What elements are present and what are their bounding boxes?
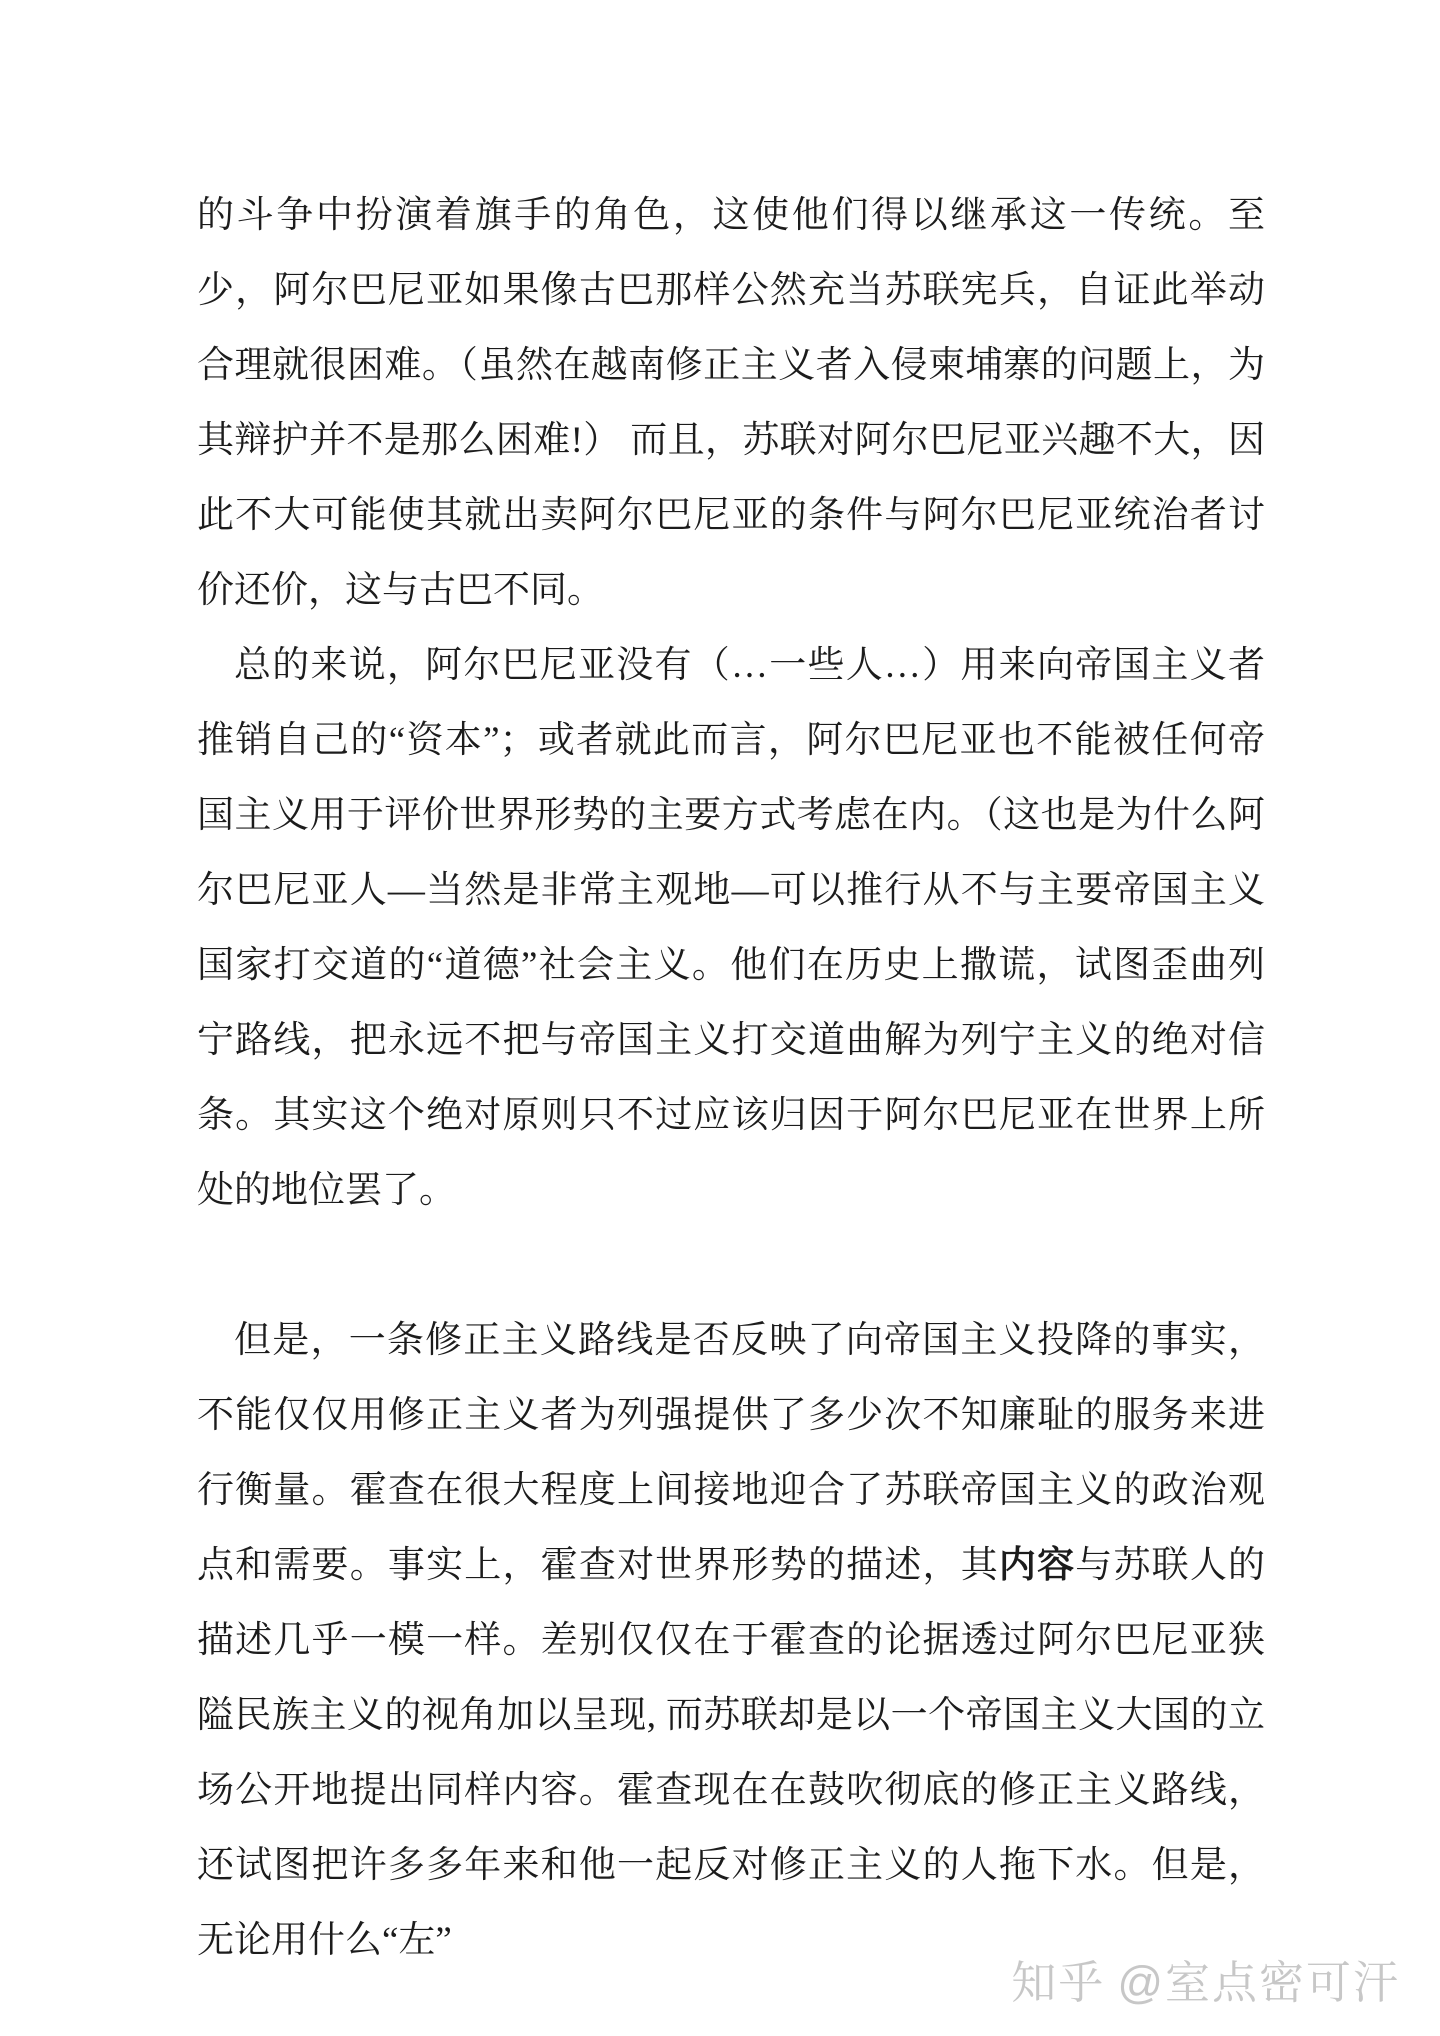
zhihu-logo-text: 知乎	[1011, 1957, 1105, 2008]
paragraph-text: 的斗争中扮演着旗手的角色，这使他们得以继承这一传统。至少，阿尔巴尼亚如果像古巴那…	[197, 195, 1265, 611]
watermark: 知乎@室点密可汗	[1011, 1946, 1400, 2011]
paragraph-text: 与苏联人的描述几乎一模一样。差别仅仅在于霍查的论据透过阿尔巴尼亚狭隘民族主义的视…	[197, 1545, 1265, 1961]
watermark-author: @室点密可汗	[1117, 1957, 1400, 2008]
paragraph-text-bold: 内容	[999, 1545, 1075, 1586]
paragraph: 但是，一条修正主义路线是否反映了向帝国主义投降的事实，不能仅仅用修正主义者为列强…	[197, 1303, 1265, 1978]
paragraph: 总的来说，阿尔巴尼亚没有（…一些人…）用来向帝国主义者推销自己的“资本”；或者就…	[197, 628, 1265, 1228]
article-text: 的斗争中扮演着旗手的角色，这使他们得以继承这一传统。至少，阿尔巴尼亚如果像古巴那…	[197, 178, 1265, 1978]
document-page: 的斗争中扮演着旗手的角色，这使他们得以继承这一传统。至少，阿尔巴尼亚如果像古巴那…	[0, 0, 1440, 2036]
paragraph-text: 总的来说，阿尔巴尼亚没有（…一些人…）用来向帝国主义者推销自己的“资本”；或者就…	[197, 645, 1265, 1211]
paragraph: 的斗争中扮演着旗手的角色，这使他们得以继承这一传统。至少，阿尔巴尼亚如果像古巴那…	[197, 178, 1265, 628]
